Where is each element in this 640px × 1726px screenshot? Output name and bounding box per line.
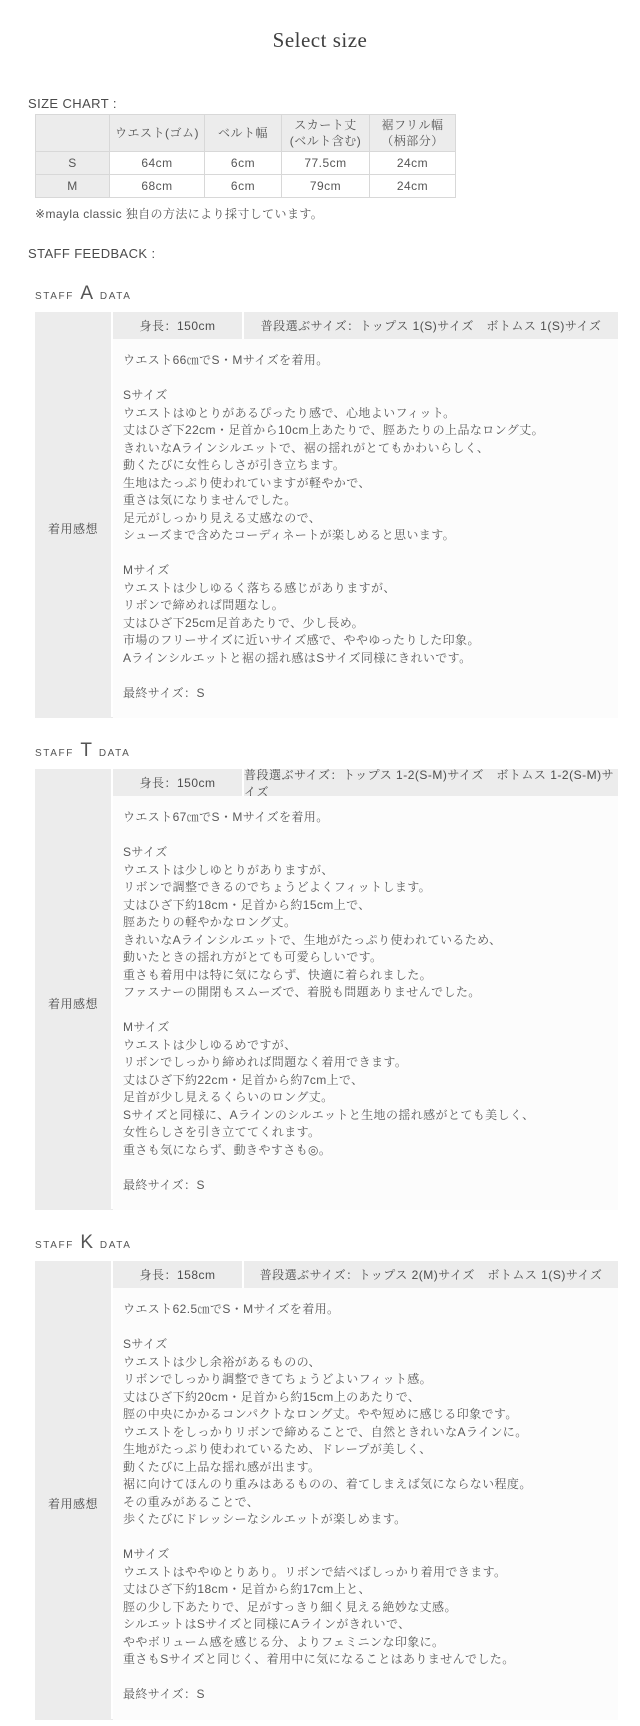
staff-t-table: 身長：150cm 普段選ぶサイズ：トップス 1-2(S-M)サイズ ボトムス 1… — [35, 769, 618, 1210]
staff-height-cell: 身長：158cm — [113, 1261, 242, 1288]
staff-t-header-row: 身長：150cm 普段選ぶサイズ：トップス 1-2(S-M)サイズ ボトムス 1… — [35, 769, 618, 796]
staff-label-prefix: STAFF — [35, 291, 74, 302]
size-chart-row-s-belt: 6cm — [205, 152, 282, 175]
staff-header-blank-cell — [35, 1261, 111, 1288]
size-chart-header-waist: ウエスト(ゴム) — [110, 115, 205, 152]
size-chart-row-m-frill: 24cm — [370, 175, 456, 198]
staff-usual-size-cell: 普段選ぶサイズ：トップス 2(M)サイズ ボトムス 1(S)サイズ — [244, 1261, 618, 1288]
staff-usual-size-cell: 普段選ぶサイズ：トップス 1-2(S-M)サイズ ボトムス 1-2(S-M)サイ… — [244, 769, 618, 796]
staff-height-cell: 身長：150cm — [113, 769, 242, 796]
staff-label-prefix: STAFF — [35, 748, 74, 759]
staff-section-k: STAFF K DATA 身長：158cm 普段選ぶサイズ：トップス 2(M)サ… — [35, 1231, 618, 1720]
size-chart-row-m-belt: 6cm — [205, 175, 282, 198]
size-chart-row-s-label: S — [36, 152, 110, 175]
staff-initial: T — [78, 740, 94, 761]
size-chart-row-m: M 68cm 6cm 79cm 24cm — [36, 175, 456, 198]
size-chart-header-row: ウエスト(ゴム) ベルト幅 スカート丈 (ベルト含む) 裾フリル幅 （柄部分） — [36, 115, 456, 152]
staff-header-blank-cell — [35, 312, 111, 339]
select-size-page: Select size SIZE CHART : ウエスト(ゴム) ベルト幅 ス… — [0, 0, 640, 1726]
staff-header-blank-cell — [35, 769, 111, 796]
size-chart-row-s-frill: 24cm — [370, 152, 456, 175]
staff-k-data-label: STAFF K DATA — [35, 1231, 618, 1258]
staff-section-t: STAFF T DATA 身長：150cm 普段選ぶサイズ：トップス 1-2(S… — [35, 739, 618, 1210]
staff-label-suffix: DATA — [100, 1240, 132, 1251]
staff-k-header-row: 身長：158cm 普段選ぶサイズ：トップス 2(M)サイズ ボトムス 1(S)サ… — [35, 1261, 618, 1288]
size-chart-label: SIZE CHART : — [28, 96, 640, 111]
size-chart-table: ウエスト(ゴム) ベルト幅 スカート丈 (ベルト含む) 裾フリル幅 （柄部分） … — [35, 114, 456, 198]
impression-text: ウエスト62.5㎝でS・Mサイズを着用。 Sサイズ ウエストは少し余裕があるもの… — [113, 1288, 618, 1720]
impression-label-cell: 着用感想 — [35, 796, 111, 1210]
staff-height-cell: 身長：150cm — [113, 312, 242, 339]
impression-text: ウエスト66㎝でS・Mサイズを着用。 Sサイズ ウエストはゆとりがあるぴったり感… — [113, 339, 618, 718]
staff-t-body-row: 着用感想 ウエスト67㎝でS・Mサイズを着用。 Sサイズ ウエストは少しゆとりが… — [35, 796, 618, 1210]
staff-a-data-label: STAFF A DATA — [35, 282, 618, 309]
size-chart-row-m-label: M — [36, 175, 110, 198]
size-chart-row-m-waist: 68cm — [110, 175, 205, 198]
staff-feedback-label: STAFF FEEDBACK : — [28, 246, 640, 261]
staff-initial: K — [78, 1232, 95, 1253]
staff-label-suffix: DATA — [99, 748, 131, 759]
size-chart-row-s-waist: 64cm — [110, 152, 205, 175]
staff-t-data-label: STAFF T DATA — [35, 739, 618, 766]
size-chart-row-s-length: 77.5cm — [282, 152, 370, 175]
staff-a-header-row: 身長：150cm 普段選ぶサイズ：トップス 1(S)サイズ ボトムス 1(S)サ… — [35, 312, 618, 339]
impression-label-cell: 着用感想 — [35, 339, 111, 718]
size-chart-row-m-length: 79cm — [282, 175, 370, 198]
staff-label-suffix: DATA — [100, 291, 132, 302]
staff-k-table: 身長：158cm 普段選ぶサイズ：トップス 2(M)サイズ ボトムス 1(S)サ… — [35, 1261, 618, 1720]
size-chart-header-blank — [36, 115, 110, 152]
staff-a-table: 身長：150cm 普段選ぶサイズ：トップス 1(S)サイズ ボトムス 1(S)サ… — [35, 312, 618, 718]
staff-usual-size-cell: 普段選ぶサイズ：トップス 1(S)サイズ ボトムス 1(S)サイズ — [244, 312, 618, 339]
size-chart-header-length: スカート丈 (ベルト含む) — [282, 115, 370, 152]
size-chart-header-belt: ベルト幅 — [205, 115, 282, 152]
staff-label-prefix: STAFF — [35, 1240, 74, 1251]
size-chart-header-frill: 裾フリル幅 （柄部分） — [370, 115, 456, 152]
staff-a-body-row: 着用感想 ウエスト66㎝でS・Mサイズを着用。 Sサイズ ウエストはゆとりがある… — [35, 339, 618, 718]
page-title: Select size — [0, 28, 640, 52]
impression-text: ウエスト67㎝でS・Mサイズを着用。 Sサイズ ウエストは少しゆとりがありますが… — [113, 796, 618, 1210]
size-chart-row-s: S 64cm 6cm 77.5cm 24cm — [36, 152, 456, 175]
size-chart-note: ※mayla classic 独自の方法により採寸しています。 — [35, 207, 640, 222]
staff-k-body-row: 着用感想 ウエスト62.5㎝でS・Mサイズを着用。 Sサイズ ウエストは少し余裕… — [35, 1288, 618, 1720]
impression-label-cell: 着用感想 — [35, 1288, 111, 1720]
staff-section-a: STAFF A DATA 身長：150cm 普段選ぶサイズ：トップス 1(S)サ… — [35, 282, 618, 718]
staff-initial: A — [78, 283, 95, 304]
